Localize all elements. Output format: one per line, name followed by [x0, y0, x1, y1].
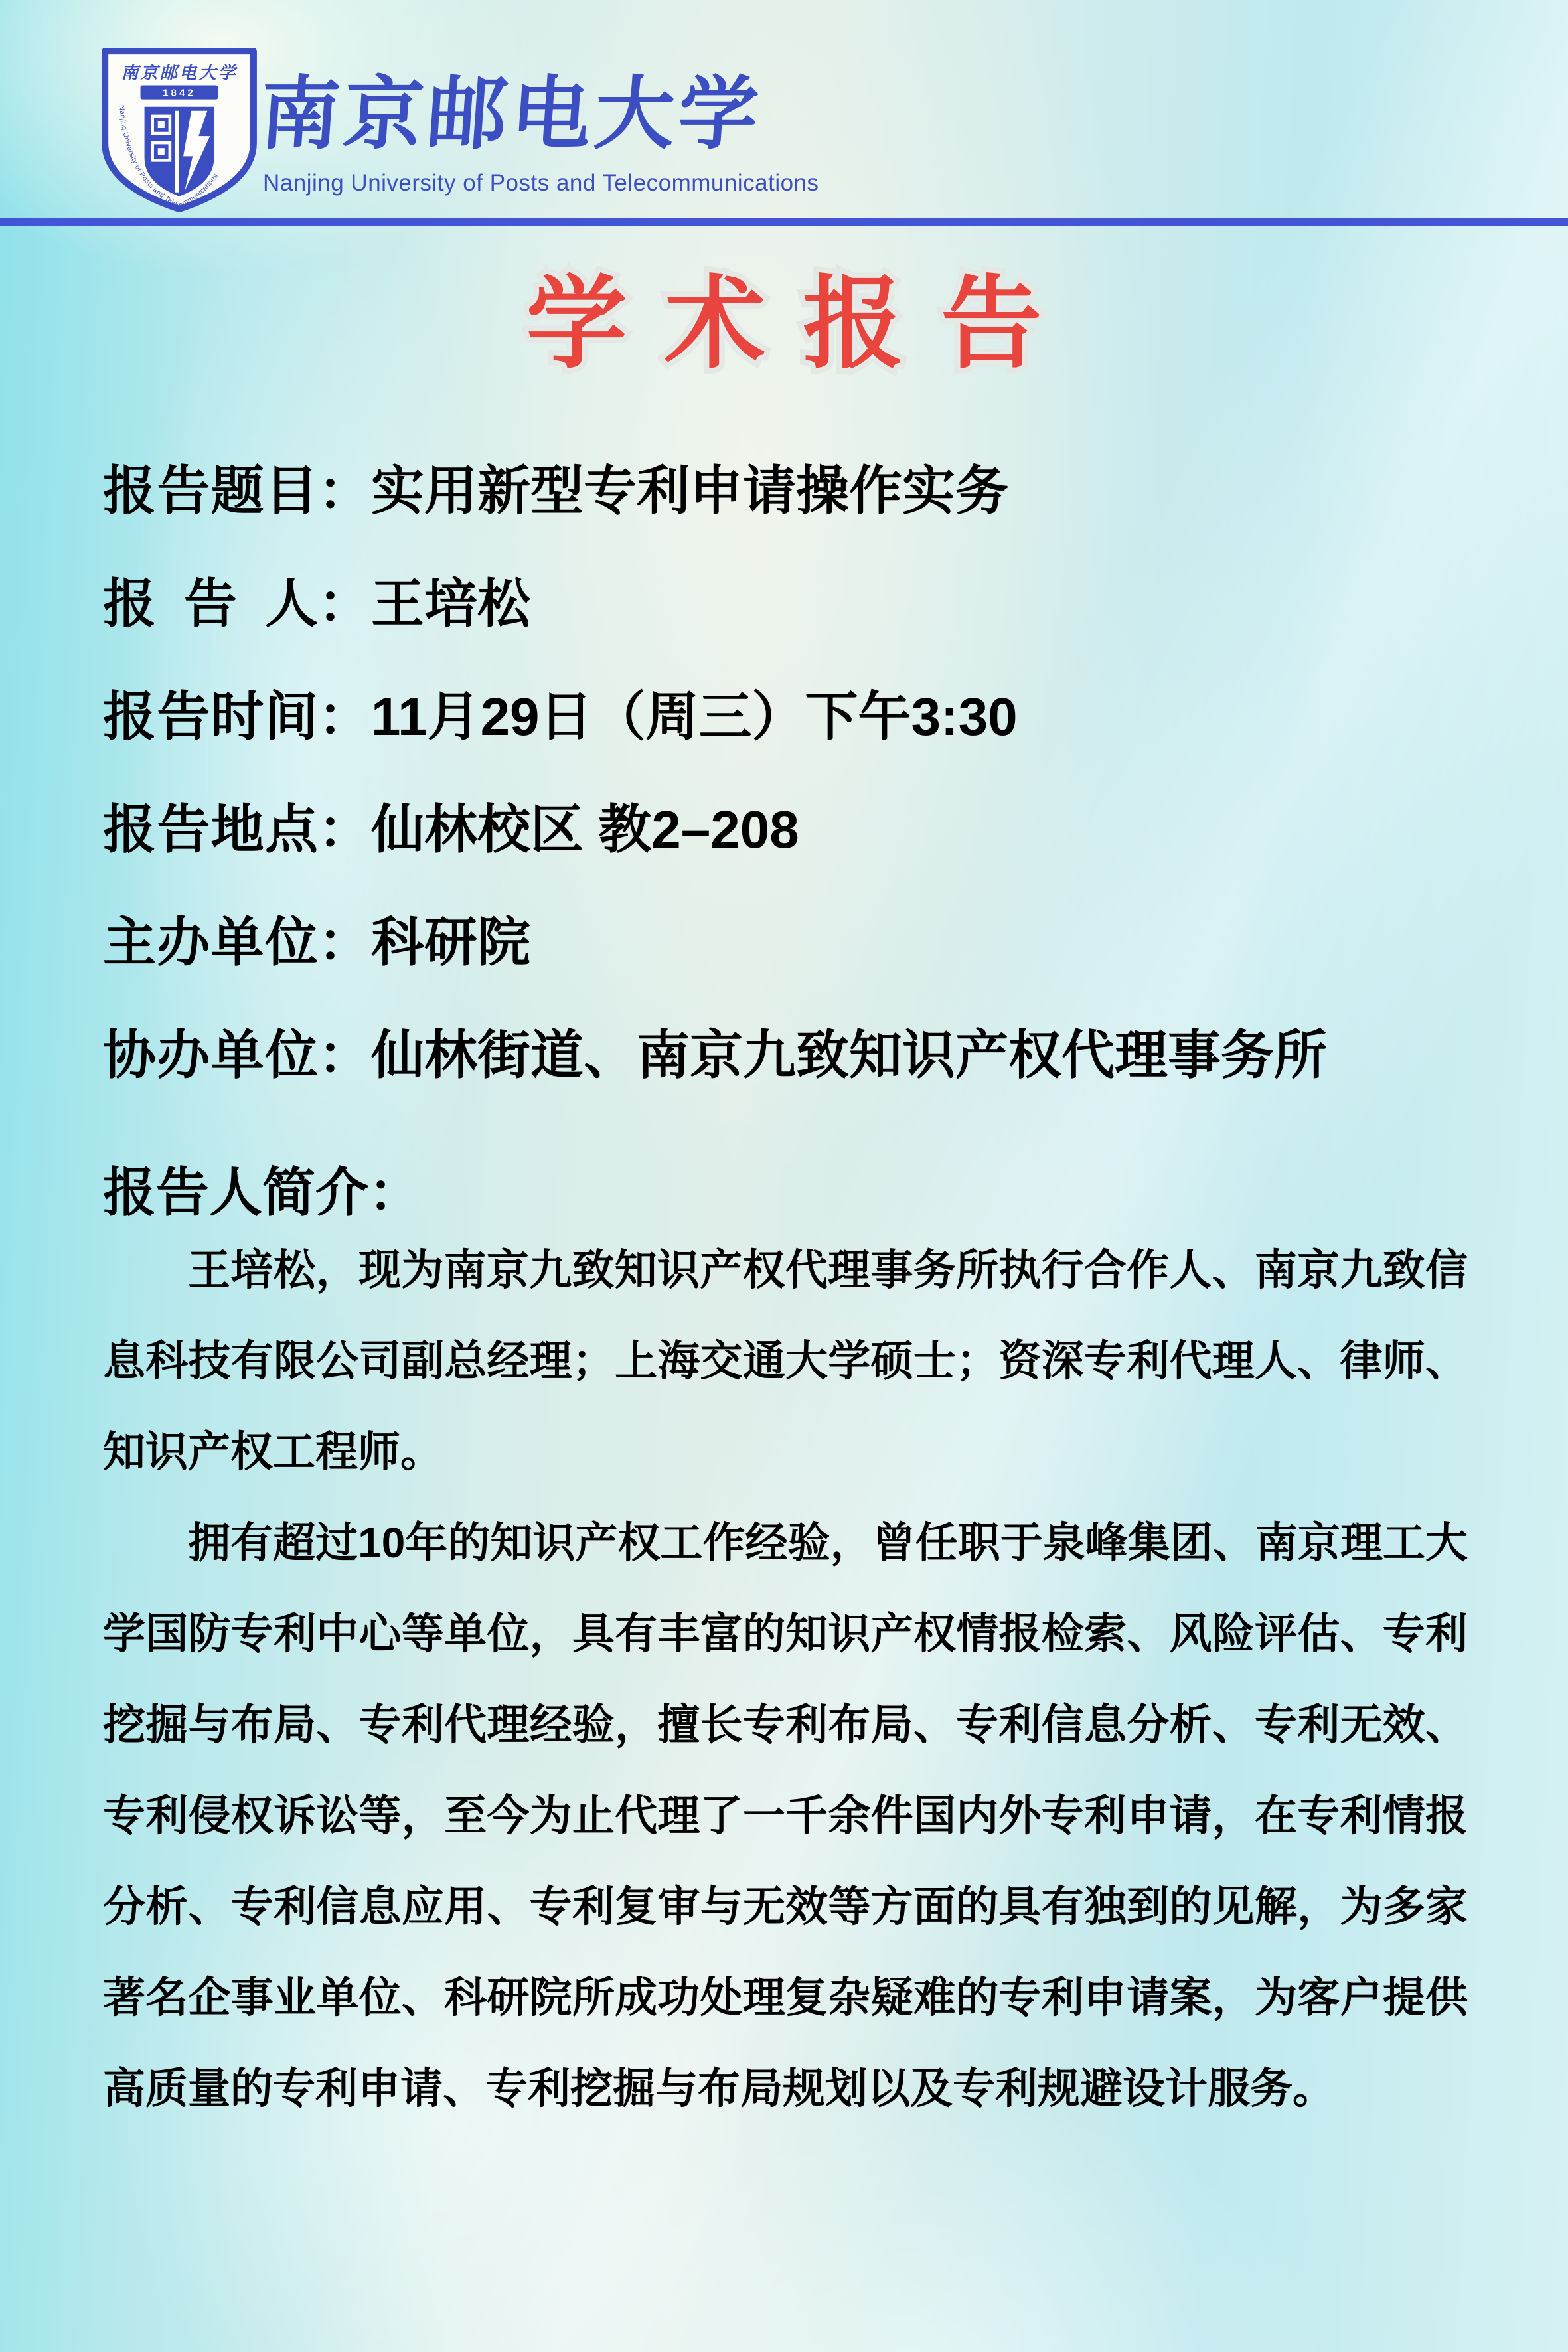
info-colon: ： [318, 574, 371, 633]
info-row: 主办单位：科研院 [103, 886, 1488, 999]
info-colon: ： [318, 800, 371, 859]
header-divider-line [0, 218, 1568, 226]
poster: 南京邮电大学 1842 Nanjing University of Posts … [0, 0, 1568, 2352]
info-colon: ： [318, 913, 371, 972]
info-colon: ： [318, 687, 371, 746]
info-value: 仙林街道、南京九致知识产权代理事务所 [371, 1026, 1327, 1085]
logo-calligraphy-text: 南京邮电大学 [121, 62, 238, 82]
info-colon: ： [318, 461, 371, 520]
bio-paragraph: 拥有超过10年的知识产权工作经验，曾任职于泉峰集团、南京理工大学国防专利中心等单… [103, 1498, 1468, 2134]
info-row: 协办单位：仙林街道、南京九致知识产权代理事务所 [103, 999, 1488, 1112]
info-label: 主办单位 [103, 886, 318, 999]
info-value: 仙林校区 教2–208 [371, 800, 799, 859]
poster-title: 学术报告 [0, 258, 1568, 390]
university-name-en: Nanjing University of Posts and Telecomm… [263, 170, 819, 196]
info-label: 报告题目 [103, 435, 318, 548]
university-logo: 南京邮电大学 1842 Nanjing University of Posts … [98, 45, 260, 214]
info-label: 报告时间 [103, 661, 318, 773]
info-row: 报告题目：实用新型专利申请操作实务 [103, 435, 1488, 548]
info-value: 实用新型专利申请操作实务 [371, 461, 1008, 520]
info-value: 11月29日（周三）下午3:30 [371, 687, 1018, 746]
info-value: 王培松 [371, 574, 530, 633]
bio-paragraph: 王培松，现为南京九致知识产权代理事务所执行合作人、南京九致信息科技有限公司副总经… [103, 1225, 1468, 1498]
info-label: 协办单位 [103, 999, 318, 1112]
info-row: 报告时间：11月29日（周三）下午3:30 [103, 661, 1488, 773]
university-name-zh: 南京邮电大学 [256, 61, 765, 167]
info-section: 报告题目：实用新型专利申请操作实务 报 告 人：王培松 报告时间：11月29日（… [103, 435, 1488, 1112]
info-colon: ： [318, 1026, 371, 1085]
info-label: 报 告 人 [103, 548, 318, 661]
info-value: 科研院 [371, 913, 530, 972]
bio-section: 王培松，现为南京九致知识产权代理事务所执行合作人、南京九致信息科技有限公司副总经… [103, 1225, 1468, 2134]
info-row: 报 告 人：王培松 [103, 548, 1488, 661]
info-label: 报告地点 [103, 773, 318, 886]
logo-year: 1842 [163, 88, 196, 99]
info-row: 报告地点：仙林校区 教2–208 [103, 773, 1488, 886]
